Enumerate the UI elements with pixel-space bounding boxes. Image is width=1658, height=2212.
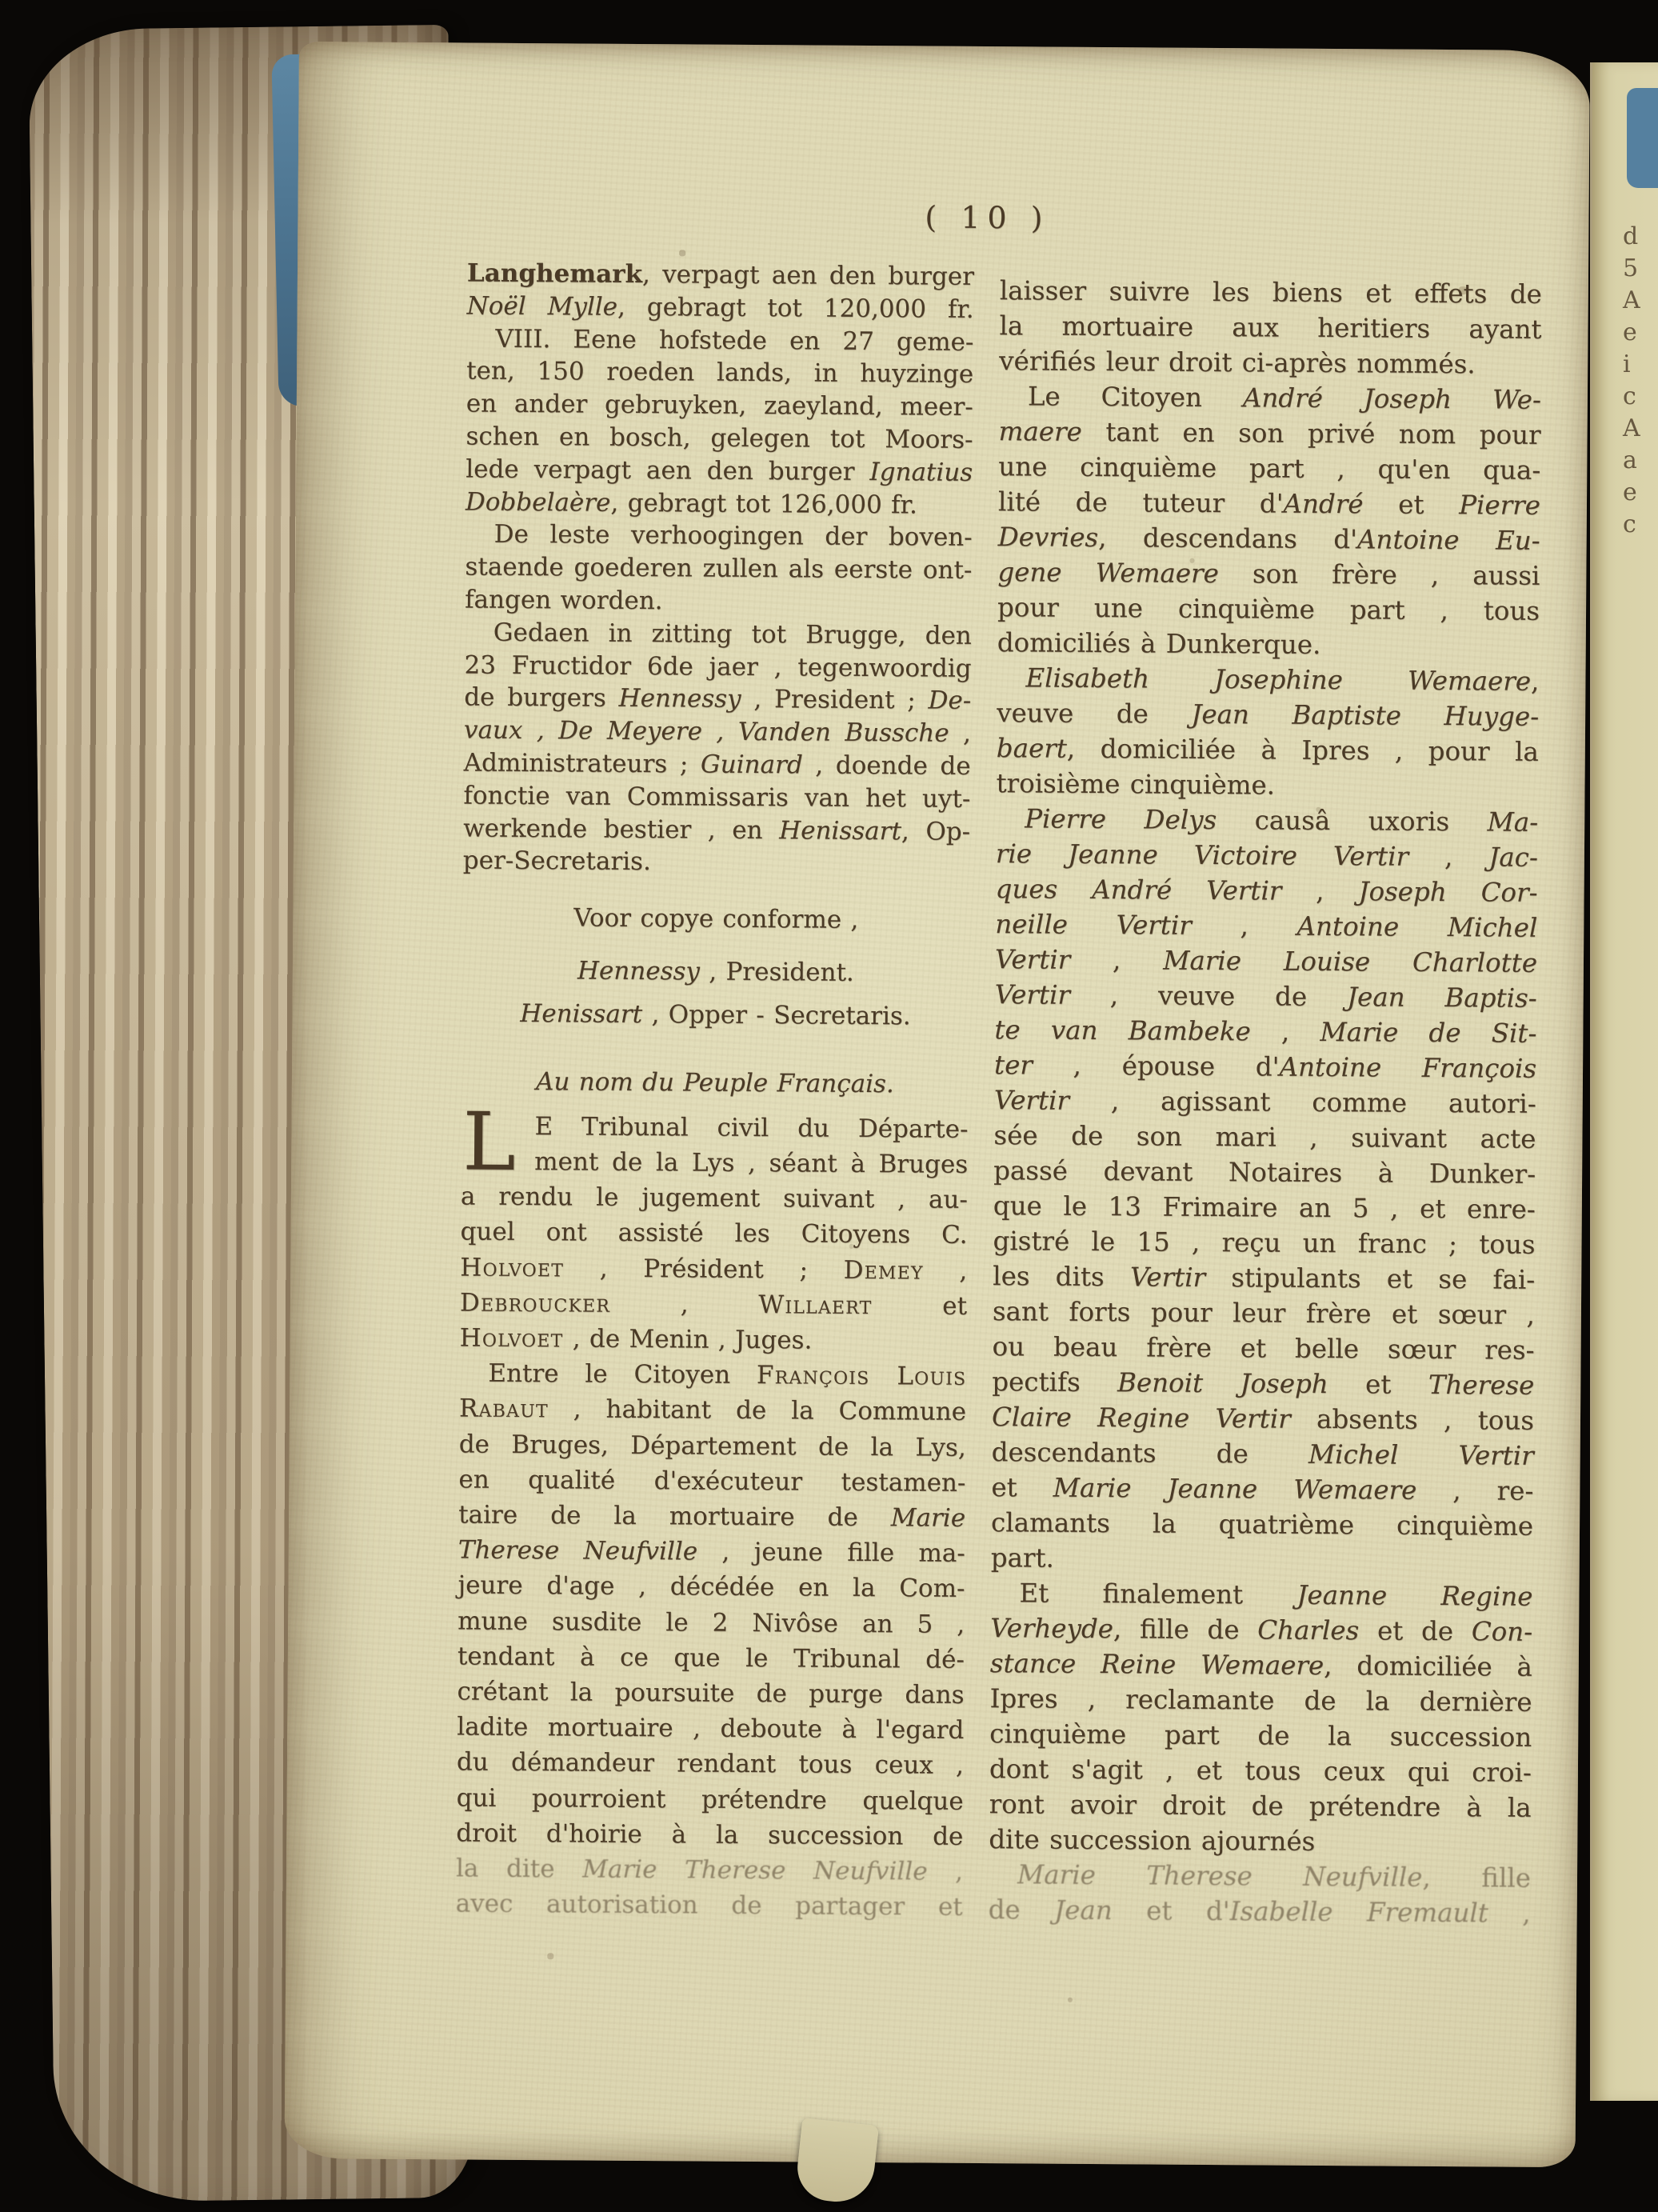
text-line: Vertir , agissant comme autori- xyxy=(994,1082,1536,1122)
text-line: sée de son mari , suivant acte xyxy=(993,1118,1536,1157)
text-line: Devries, descendans d'Antoine Eu- xyxy=(998,519,1540,558)
text-line: 23 Fructidor 6de jaer , tegenwoordig xyxy=(464,649,971,685)
text-line: fonctie van Commissaris van het uyt- xyxy=(463,779,970,815)
text-line: les dits Vertir stipulants et se fai- xyxy=(993,1258,1535,1298)
text-column-left: Langhemark, verpagt aen den burgerNoël M… xyxy=(456,257,975,1925)
text-line: fangen worden. xyxy=(465,583,972,619)
text-line: Henissart , Opper - Secretaris. xyxy=(461,997,969,1033)
text-line: qui pourroient prétendre quelque xyxy=(457,1780,964,1819)
text-line: Holvoet , Président ; Demey , xyxy=(460,1250,967,1289)
text-line: laisser suivre les biens et effets de xyxy=(1000,273,1542,312)
text-line: rie Jeanne Victoire Vertir , Jac- xyxy=(996,836,1538,875)
text-line: part. xyxy=(991,1540,1533,1579)
text-line: que le 13 Frimaire an 5 , et enre- xyxy=(993,1188,1536,1227)
text-line: passé devant Notaires à Dunker- xyxy=(993,1153,1536,1192)
text-line: dite succession ajournés xyxy=(989,1822,1531,1861)
paper-specks xyxy=(299,42,301,43)
text-line: en ander gebruyken, zaeyland, meer- xyxy=(466,388,973,424)
text-line: la mortuaire aux heritiers ayant xyxy=(999,308,1541,347)
text-line: Dobbelaère, gebragt tot 126,000 fr. xyxy=(465,486,973,522)
text-line: schen en bosch, gelegen tot Moors- xyxy=(465,420,973,456)
text-line: te van Bambeke , Marie de Sit- xyxy=(994,1012,1536,1051)
text-line: domiciliés à Dunkerque. xyxy=(997,625,1540,664)
edge-letter: c xyxy=(1623,381,1640,413)
text-line: Claire Regine Vertir absents , tous xyxy=(992,1399,1534,1438)
text-line: stance Reine Wemaere, domiciliée à xyxy=(990,1646,1532,1685)
text-line: ter , épouse d'Antoine François xyxy=(994,1047,1536,1086)
text-line: lede verpagt aen den burger Ignatius xyxy=(465,453,973,489)
text-line: cinquième part de la succession xyxy=(989,1716,1532,1755)
text-line: droit d'hoirie à la succession de xyxy=(456,1815,963,1854)
text-line: Entre le Citoyen François Louis xyxy=(459,1356,966,1395)
edge-letter: i xyxy=(1623,349,1640,381)
text-line: Therese Neufville , jeune fille ma- xyxy=(458,1533,965,1572)
text-line: sant forts pour leur frère et sœur , xyxy=(993,1294,1535,1333)
text-line: la dite Marie Therese Neufville , xyxy=(456,1850,963,1890)
text-line: ou beau frère et belle sœur res- xyxy=(992,1329,1534,1368)
edge-letter: a xyxy=(1623,445,1640,477)
text-line: mune susdite le 2 Nivôse an 5 , xyxy=(457,1603,965,1642)
text-line: vaux , De Meyere , Vanden Bussche , xyxy=(464,714,971,750)
text-line: Le Citoyen André Joseph We- xyxy=(999,378,1541,418)
text-line: ques André Vertir , Joseph Cor- xyxy=(995,871,1537,910)
text-line: Administrateurs ; Guinard , doende de xyxy=(464,746,971,782)
text-line: staende goederen zullen als eerste ont- xyxy=(465,551,972,587)
text-line: Pierre Delys causâ uxoris Ma- xyxy=(996,801,1538,840)
text-line: Marie Therese Neufville, fille xyxy=(989,1857,1531,1896)
text-line: de Jean et d'Isabelle Fremault , xyxy=(989,1892,1531,1931)
text-line: Et finalement Jeanne Regine xyxy=(990,1575,1532,1614)
text-line: de burgers Hennessy , President ; De- xyxy=(464,682,971,718)
text-line: De leste verhoogingen der boven- xyxy=(465,518,973,554)
text-line: Holvoet , de Menin , Juges. xyxy=(460,1320,967,1359)
text-line: pectifs Benoit Joseph et Therese xyxy=(992,1364,1534,1403)
text-line: Ipres , reclamante de la dernière xyxy=(989,1681,1532,1720)
edge-letter: e xyxy=(1623,477,1640,509)
text-line: Vertir , veuve de Jean Baptis- xyxy=(995,977,1537,1016)
text-line: Debroucker , Willaert et xyxy=(460,1285,967,1324)
text-line: tendant à ce que le Tribunal dé- xyxy=(457,1638,965,1678)
text-line: ten, 150 roeden lands, in huyzinge xyxy=(466,355,973,391)
text-line: veuve de Jean Baptiste Huyge- xyxy=(997,695,1539,734)
text-line: clamants la quatrième cinquième xyxy=(991,1505,1533,1544)
text-line: VIII. Eene hofstede en 27 geme- xyxy=(466,322,973,358)
edge-letter: A xyxy=(1623,285,1640,317)
text-line: troisième cinquième. xyxy=(996,766,1538,805)
scanned-book-photo: d5AeicAaec ( 10 ) Langhemark, verpagt ae… xyxy=(0,0,1658,2212)
book-page: ( 10 ) Langhemark, verpagt aen den burge… xyxy=(285,42,1590,2167)
text-line: avec autorisation de partager et xyxy=(456,1886,963,1926)
text-line: Hennessy , President. xyxy=(462,954,969,990)
text-line: une cinquième part , qu'en qua- xyxy=(998,449,1540,488)
edge-letter: 5 xyxy=(1623,253,1640,285)
text-line: Rabaut , habitant de la Commune xyxy=(459,1391,966,1430)
text-line: ront avoir droit de prétendre à la xyxy=(989,1786,1531,1826)
text-line: a rendu le jugement suivant , au- xyxy=(461,1179,968,1218)
text-line: Elisabeth Josephine Wemaere, xyxy=(997,660,1539,699)
text-line: du démandeur rendant tous ceux , xyxy=(457,1745,964,1784)
text-line: Vertir , Marie Louise Charlotte xyxy=(995,942,1537,981)
text-line: jeure d'age , décédée en la Com- xyxy=(457,1568,965,1607)
text-column-right: laisser suivre les biens et effets dela … xyxy=(989,273,1542,1931)
text-line: dont s'agit , et tous ceux qui croi- xyxy=(989,1751,1532,1790)
text-line: per-Secretaris. xyxy=(463,845,970,881)
text-line: et Marie Jeanne Wemaere , re- xyxy=(991,1470,1533,1509)
text-line: gistré le 15 , reçu un franc ; tous xyxy=(993,1223,1535,1262)
next-page-strip: d5AeicAaec xyxy=(1590,62,1658,2101)
text-line: gene Wemaere son frère , aussi xyxy=(997,554,1540,594)
text-line: Gedaen in zitting tot Brugge, den xyxy=(465,616,972,652)
text-line: taire de la mortuaire de Marie xyxy=(458,1497,965,1536)
text-line: werkende bestier , en Henissart, Op- xyxy=(463,812,970,848)
blue-cover-sliver-right xyxy=(1627,88,1658,188)
text-line: crétant la poursuite de purge dans xyxy=(457,1674,964,1713)
text-line: quel ont assisté les Citoyens C. xyxy=(460,1214,967,1254)
text-line: de Bruges, Département de la Lys, xyxy=(459,1426,966,1466)
text-line: E Tribunal civil du Départe- xyxy=(461,1108,968,1147)
text-line: pour une cinquième part , tous xyxy=(997,590,1540,629)
text-line: Au nom du Peuple Français. xyxy=(461,1063,969,1102)
torn-paper-tab xyxy=(794,2118,879,2205)
edge-letter: d xyxy=(1623,221,1640,253)
text-line: en qualité d'exécuteur testamen- xyxy=(458,1462,965,1501)
text-line: lité de tuteur d'André et Pierre xyxy=(998,484,1540,523)
text-line: Langhemark, verpagt aen den burger xyxy=(467,257,974,293)
text-line: Noël Mylle, gebragt tot 120,000 fr. xyxy=(467,290,974,326)
next-page-letter-fragments: d5AeicAaec xyxy=(1623,221,1640,541)
text-line: Voor copye conforme , xyxy=(462,902,969,938)
text-line: Verheyde, fille de Charles et de Con- xyxy=(990,1610,1532,1650)
edge-letter: e xyxy=(1623,317,1640,349)
page-number: ( 10 ) xyxy=(867,199,1107,236)
text-line: baert, domiciliée à Ipres , pour la xyxy=(997,730,1539,770)
edge-letter: A xyxy=(1623,413,1640,445)
dropcap-letter: L xyxy=(462,1102,516,1182)
edge-letter: c xyxy=(1623,509,1640,541)
text-line: ladite mortuaire , deboute à l'egard xyxy=(457,1710,964,1749)
text-line: ment de la Lys , séant à Bruges xyxy=(461,1143,968,1182)
text-line: descendants de Michel Vertir xyxy=(992,1434,1534,1474)
text-line: vérifiés leur droit ci-après nommés. xyxy=(999,343,1541,382)
text-line: neille Vertir , Antoine Michel xyxy=(995,906,1537,946)
text-line: maere tant en son privé nom pour xyxy=(998,414,1540,453)
